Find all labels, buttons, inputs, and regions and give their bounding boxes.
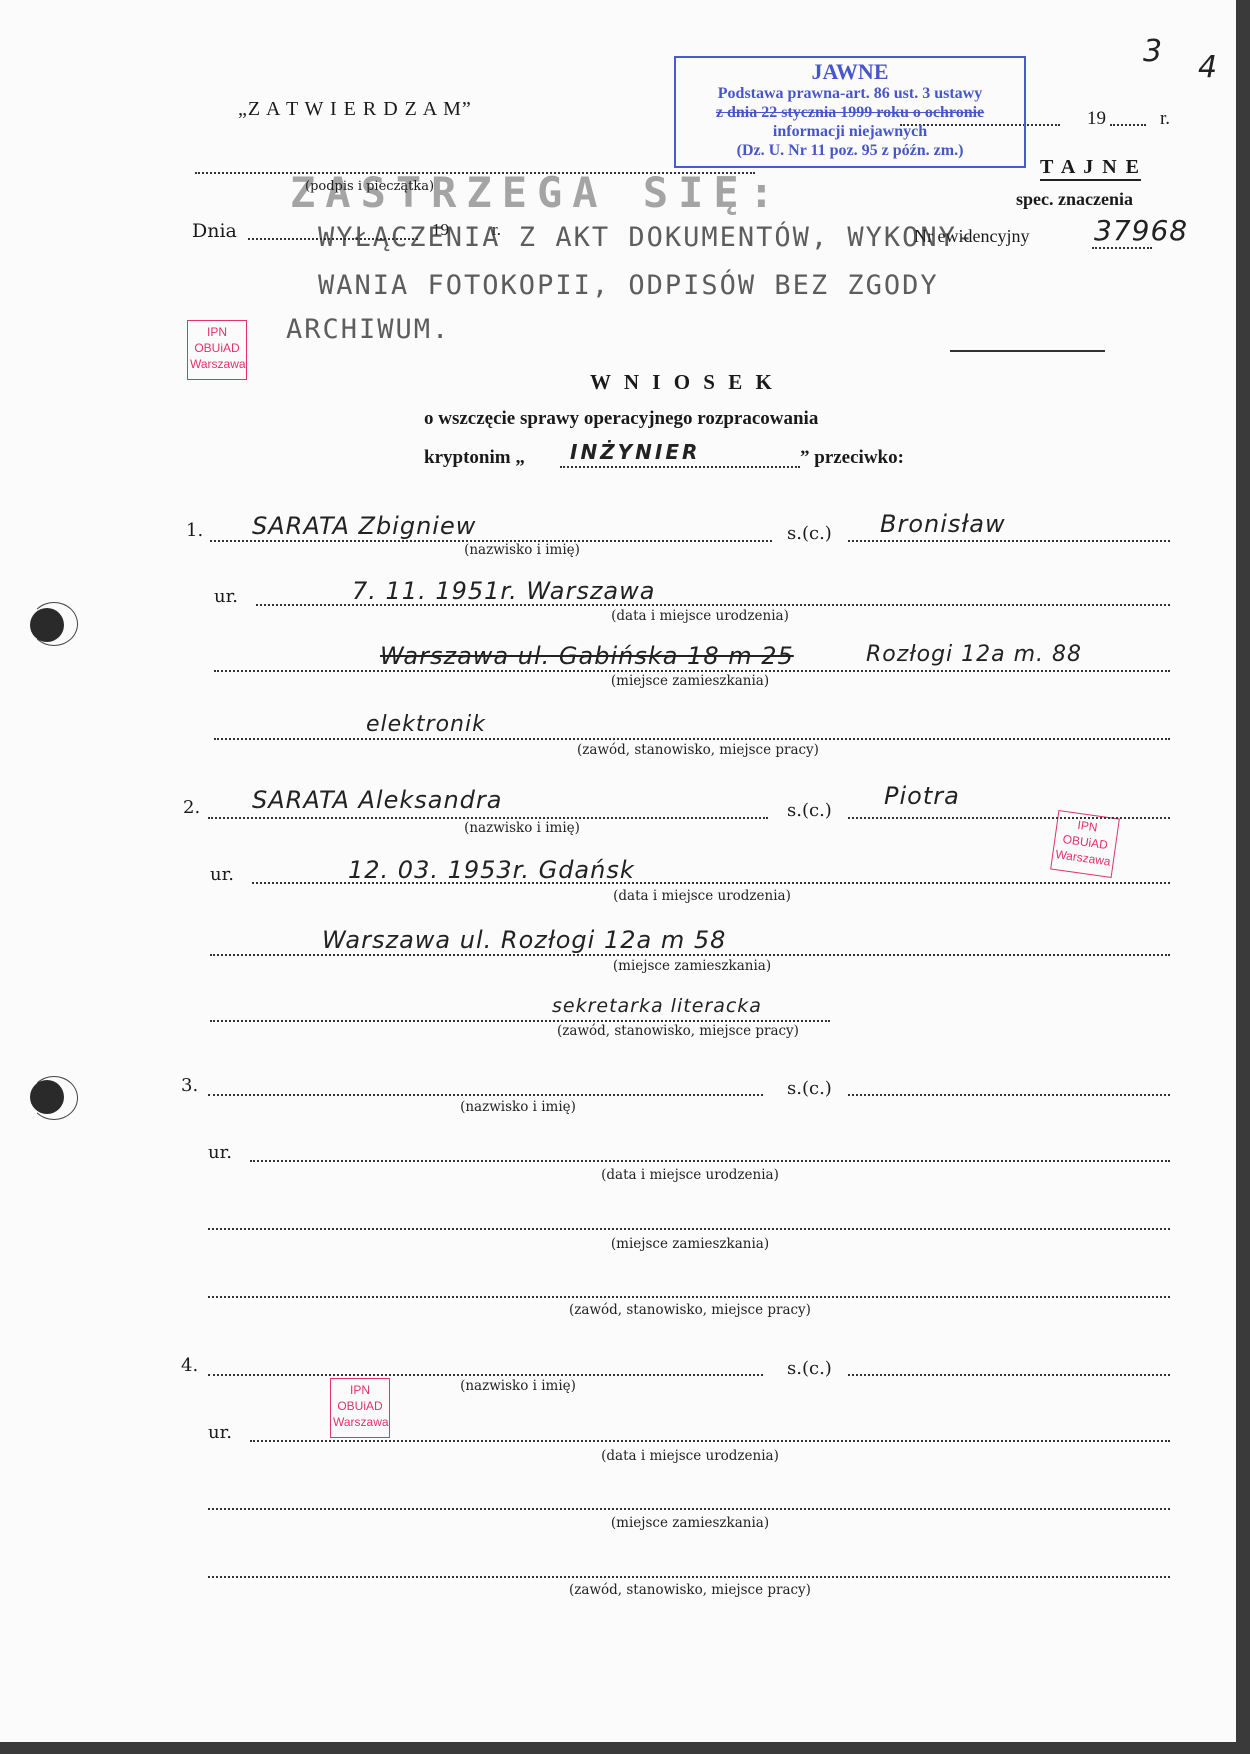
overstamp-line2: WYŁĄCZENIA Z AKT DOKUMENTÓW, WYKONY- bbox=[318, 222, 975, 253]
occupation-caption: (zawód, stanowisko, miejsce pracy) bbox=[569, 1582, 811, 1598]
ipn-line: Warszawa bbox=[190, 356, 244, 372]
parent-line[interactable] bbox=[848, 1374, 1170, 1376]
residence-line[interactable] bbox=[208, 1508, 1170, 1510]
ipn-stamp: IPN OBUiAD Warszawa bbox=[187, 320, 247, 380]
birth-label: ur. bbox=[210, 864, 234, 885]
birth-line[interactable] bbox=[250, 1160, 1170, 1162]
occupation-value: sekretarka literacka bbox=[552, 995, 762, 1017]
page-number-3: 3 bbox=[1143, 34, 1163, 69]
occupation-line[interactable] bbox=[208, 1296, 1170, 1298]
jawne-line: z dnia 22 stycznia 1999 roku o ochronie bbox=[676, 103, 1024, 122]
nr-line bbox=[1092, 247, 1152, 249]
year-prefix-right: 19 bbox=[1087, 108, 1106, 130]
name-caption: (nazwisko i imię) bbox=[460, 1099, 576, 1115]
kryptonim-suffix: ” przeciwko: bbox=[800, 447, 904, 469]
residence-caption: (miejsce zamieszkania) bbox=[611, 673, 769, 689]
ipn-stamp: IPN OBUiAD Warszawa bbox=[330, 1378, 390, 1438]
occupation-value: elektronik bbox=[366, 712, 486, 737]
document-title: W N I O S E K bbox=[590, 370, 776, 395]
residence-line bbox=[210, 954, 1170, 956]
occupation-caption: (zawód, stanowisko, miejsce pracy) bbox=[577, 742, 819, 758]
ipn-stamp: IPN OBUiAD Warszawa bbox=[1050, 810, 1120, 878]
approve-heading: „Z A T W I E R D Z A M” bbox=[238, 98, 472, 121]
name-line[interactable] bbox=[208, 1094, 763, 1096]
birth-label: ur. bbox=[214, 586, 238, 607]
dnia-label: Dnia bbox=[192, 220, 237, 242]
stamp-rule bbox=[950, 350, 1105, 352]
parent-label: s.(c.) bbox=[787, 1358, 832, 1379]
parent-label: s.(c.) bbox=[787, 800, 832, 821]
residence-line[interactable] bbox=[208, 1228, 1170, 1230]
person-number: 1. bbox=[186, 520, 203, 541]
birth-value: 12. 03. 1953r. Gdańsk bbox=[348, 856, 635, 884]
jawne-line: Podstawa prawna-art. 86 ust. 3 ustawy bbox=[676, 84, 1024, 103]
person-name: SARATA Aleksandra bbox=[252, 786, 502, 814]
overstamp-line3: WANIA FOTOKOPII, ODPISÓW BEZ ZGODY bbox=[318, 270, 939, 301]
nr-value: 37968 bbox=[1094, 214, 1188, 247]
year-line-right bbox=[1110, 124, 1146, 126]
classification-label: T A J N E bbox=[1040, 156, 1141, 181]
person-name: SARATA Zbigniew bbox=[252, 512, 476, 540]
year-suffix-right: r. bbox=[1160, 108, 1170, 130]
residence-old: Warszawa ul. Gabińska 18 m 25 bbox=[380, 642, 794, 670]
parent-name: Bronisław bbox=[880, 510, 1006, 538]
residence-caption: (miejsce zamieszkania) bbox=[613, 958, 771, 974]
birth-line[interactable] bbox=[250, 1440, 1170, 1442]
birth-caption: (data i miejsce urodzenia) bbox=[601, 1167, 779, 1183]
ipn-line: Warszawa bbox=[333, 1414, 387, 1430]
jawne-line: (Dz. U. Nr 11 poz. 95 z późn. zm.) bbox=[676, 141, 1024, 160]
page-number-4: 4 bbox=[1198, 50, 1218, 85]
residence-caption: (miejsce zamieszkania) bbox=[611, 1515, 769, 1531]
birth-label: ur. bbox=[208, 1422, 232, 1443]
birth-caption: (data i miejsce urodzenia) bbox=[601, 1448, 779, 1464]
birth-caption: (data i miejsce urodzenia) bbox=[613, 888, 791, 904]
residence-line bbox=[214, 670, 1170, 672]
parent-name: Piotra bbox=[884, 782, 960, 810]
name-caption: (nazwisko i imię) bbox=[460, 1378, 576, 1394]
jawne-stamp: JAWNE Podstawa prawna-art. 86 ust. 3 ust… bbox=[674, 56, 1026, 168]
ipn-line: IPN bbox=[333, 1382, 387, 1398]
occupation-caption: (zawód, stanowisko, miejsce pracy) bbox=[569, 1302, 811, 1318]
person-number: 4. bbox=[181, 1355, 198, 1376]
person-number: 3. bbox=[181, 1075, 198, 1096]
residence-value: Warszawa ul. Rozłogi 12a m 58 bbox=[322, 926, 726, 954]
kryptonim-label: kryptonim „ bbox=[424, 447, 525, 469]
birth-value: 7. 11. 1951r. Warszawa bbox=[352, 577, 655, 605]
jawne-line: informacji niejawnych bbox=[676, 122, 1024, 141]
occupation-line[interactable] bbox=[208, 1576, 1170, 1578]
jawne-title: JAWNE bbox=[676, 60, 1024, 84]
parent-label: s.(c.) bbox=[787, 1078, 832, 1099]
ipn-line: OBUiAD bbox=[190, 340, 244, 356]
parent-line bbox=[848, 540, 1170, 542]
parent-label: s.(c.) bbox=[787, 523, 832, 544]
parent-line[interactable] bbox=[848, 1094, 1170, 1096]
name-line[interactable] bbox=[208, 1374, 763, 1376]
classification-sub: spec. znaczenia bbox=[1016, 189, 1133, 210]
name-line bbox=[208, 817, 768, 819]
kryptonim-line bbox=[560, 466, 800, 468]
residence-new: Rozłogi 12a m. 88 bbox=[866, 642, 1082, 667]
occupation-caption: (zawód, stanowisko, miejsce pracy) bbox=[557, 1023, 799, 1039]
document-page: 3 4 „Z A T W I E R D Z A M” (podpis i pi… bbox=[0, 0, 1236, 1742]
overstamp-line4: ARCHIWUM. bbox=[286, 314, 450, 345]
birth-label: ur. bbox=[208, 1142, 232, 1163]
ipn-line: OBUiAD bbox=[333, 1398, 387, 1414]
name-caption: (nazwisko i imię) bbox=[464, 542, 580, 558]
name-caption: (nazwisko i imię) bbox=[464, 820, 580, 836]
occupation-line bbox=[214, 738, 1170, 740]
ipn-line: IPN bbox=[190, 324, 244, 340]
kryptonim-value: INŻYNIER bbox=[570, 440, 700, 464]
residence-caption: (miejsce zamieszkania) bbox=[611, 1236, 769, 1252]
birth-caption: (data i miejsce urodzenia) bbox=[611, 608, 789, 624]
person-number: 2. bbox=[183, 797, 200, 818]
residence-struck: Warszawa ul. Gabińska 18 m 25 bbox=[380, 642, 794, 670]
occupation-line bbox=[210, 1020, 830, 1022]
parent-line bbox=[848, 817, 1170, 819]
document-subtitle: o wszczęcie sprawy operacyjnego rozpraco… bbox=[424, 408, 818, 430]
overstamp-line1: ZASTRZEGA SIĘ: bbox=[290, 168, 784, 217]
